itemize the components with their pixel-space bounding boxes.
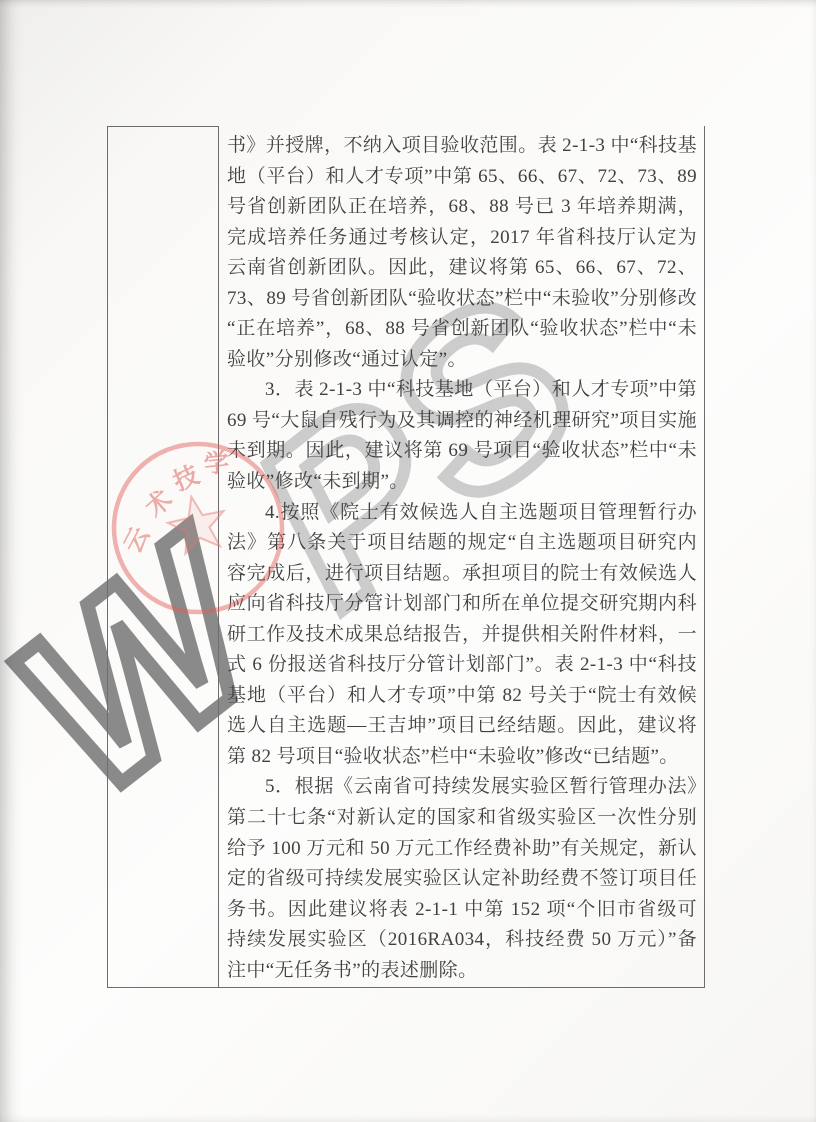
stamp-arc-char-1: 云 xyxy=(119,523,155,558)
stamp-arc-char-3: 技 xyxy=(169,461,203,497)
paragraph-item-5: 5．根据《云南省可持续发展实验区暂行管理办法》第二十七条“对新认定的国家和省级实… xyxy=(227,772,697,986)
paragraph-item-4: 4.按照《院士有效候选人自主选题项目管理暂行办法》第八条关于项目结题的规定“自主… xyxy=(227,498,697,773)
official-seal-stamp: 云 术 技 学 xyxy=(105,433,297,625)
paragraph-continuation: 书》并授牌，不纳入项目验收范围。表 2-1-3 中“科技基地（平台）和人才专项”… xyxy=(227,131,697,375)
star-icon xyxy=(163,491,230,556)
scanned-document-page: W PS 书》并授牌，不纳入项目验收范围。表 2-1-3 中“科技基地（平台）和… xyxy=(0,0,816,1122)
stamp-arc-char-2: 术 xyxy=(140,485,178,523)
stamp-arc-char-4: 学 xyxy=(203,449,231,479)
paragraph-item-3: 3．表 2-1-3 中“科技基地（平台）和人才专项”中第 69 号“大鼠自残行为… xyxy=(227,375,697,497)
